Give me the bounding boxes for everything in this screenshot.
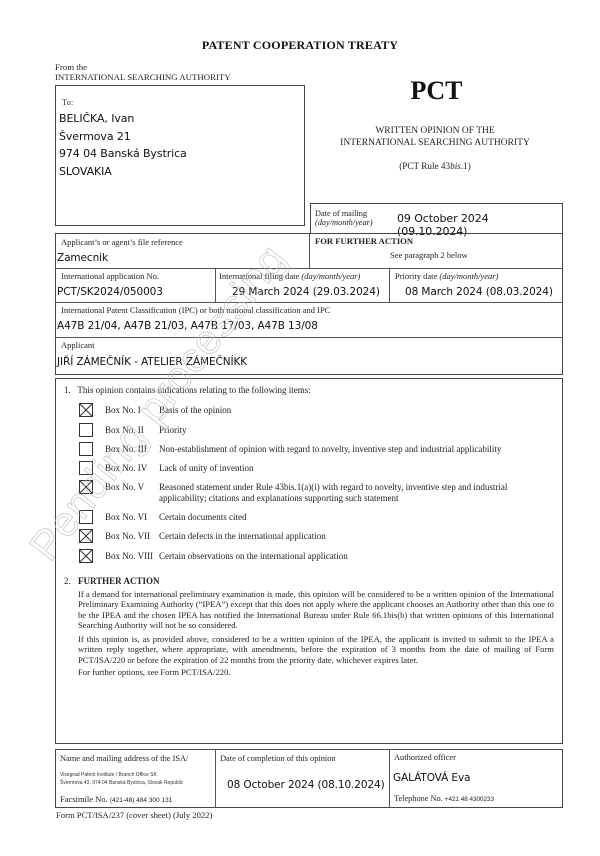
for-further-action-note: See paragraph 2 below <box>390 250 468 260</box>
further-action-paragraph-3: For further options, see Form PCT/ISA/22… <box>78 667 554 677</box>
addressee-street: Švermova 21 <box>59 128 187 146</box>
file-reference-label: Applicant’s or agent’s file reference <box>61 237 183 247</box>
applicant-value: JIŘÍ ZÁMEČNÍK - ATELIER ZÁMEČNÍKK <box>57 356 247 368</box>
box-description: Basis of the opinion <box>159 405 557 416</box>
filing-date-value: 29 March 2024 (29.03.2024) <box>232 286 380 298</box>
addressee-name: BELIČKA, Ivan <box>59 110 187 128</box>
mailing-date-label: Date of mailing (day/month/year) <box>315 209 373 227</box>
priority-label-text: Priority date <box>395 271 437 281</box>
priority-date-value: 08 March 2024 (08.03.2024) <box>405 286 553 298</box>
to-label: To: <box>62 97 73 107</box>
from-authority: From the INTERNATIONAL SEARCHING AUTHORI… <box>55 62 231 82</box>
checked-box-icon[interactable] <box>79 549 93 563</box>
applicant-label: Applicant <box>61 340 95 350</box>
doc-title-line-2: INTERNATIONAL SEARCHING AUTHORITY <box>300 137 570 149</box>
mailing-date-box: Date of mailing (day/month/year) 09 Octo… <box>310 203 563 234</box>
from-line-1: From the <box>55 62 231 72</box>
facsimile-value: (421-48) 484 300 131 <box>110 797 173 804</box>
addressee-address: BELIČKA, Ivan Švermova 21 974 04 Banská … <box>59 110 187 180</box>
box-number: Box No. I <box>105 405 141 415</box>
telephone: Telephone No. +421 48 4300233 <box>394 794 494 803</box>
divider <box>55 268 563 269</box>
checked-box-icon[interactable] <box>79 403 93 417</box>
box-description: Certain observations on the internationa… <box>159 551 557 562</box>
empty-checkbox-icon[interactable] <box>79 442 93 456</box>
written-opinion-title: WRITTEN OPINION OF THE INTERNATIONAL SEA… <box>300 125 570 149</box>
empty-checkbox-icon[interactable] <box>79 510 93 524</box>
addressee-country: SLOVAKIA <box>59 163 187 181</box>
box-number: Box No. VIII <box>105 551 153 561</box>
rule-suffix: .1) <box>461 161 471 171</box>
telephone-value: +421 48 4300233 <box>445 796 494 803</box>
box-number: Box No. V <box>105 482 144 492</box>
filing-date-label: International filing date (day/month/yea… <box>219 271 360 281</box>
divider <box>389 749 390 808</box>
empty-checkbox-icon[interactable] <box>79 461 93 475</box>
from-line-2: INTERNATIONAL SEARCHING AUTHORITY <box>55 72 231 82</box>
rule-prefix: (PCT Rule 43 <box>399 161 450 171</box>
file-reference-value: Zamecnik <box>57 252 108 264</box>
ipc-value: A47B 21/04, A47B 21/03, A47B 17/03, A47B… <box>57 320 318 332</box>
divider <box>215 268 216 302</box>
box-description: Reasoned statement under Rule 43bis.1(a)… <box>159 482 557 504</box>
checked-box-icon[interactable] <box>79 529 93 543</box>
further-action-paragraph-1: If a demand for international preliminar… <box>78 589 554 631</box>
filing-label-format: (day/month/year) <box>301 271 360 281</box>
pct-logo: PCT <box>310 76 563 106</box>
completion-date-value: 08 October 2024 (08.10.2024) <box>227 779 385 791</box>
box-number: Box No. IV <box>105 463 147 473</box>
facsimile: Facsimile No. (421-48) 484 300 131 <box>60 794 172 804</box>
box-description: Certain defects in the international app… <box>159 531 557 542</box>
divider <box>309 233 310 269</box>
authorized-officer-value: GALÁTOVÁ Eva <box>393 772 470 784</box>
facsimile-label: Facsimile No. <box>60 794 108 804</box>
section2-number: 2. <box>64 576 71 586</box>
box-number: Box No. VI <box>105 512 147 522</box>
application-no-label: International application No. <box>61 271 159 281</box>
authorized-officer-label: Authorized officer <box>394 753 456 762</box>
divider <box>215 749 216 808</box>
mailing-label-format: (day/month/year) <box>315 218 373 227</box>
box-number: Box No. III <box>105 444 147 454</box>
priority-label-format: (day/month/year) <box>439 271 498 281</box>
box-description: Priority <box>159 425 557 436</box>
isa-address-line-1: Visegrad Patent Institute / Branch Offic… <box>60 771 183 779</box>
box-description: Lack of unity of invention <box>159 463 557 474</box>
completion-date-label: Date of completion of this opinion <box>220 754 336 763</box>
section1-intro: 1. This opinion contains indications rel… <box>64 385 311 395</box>
box-description: Non-establishment of opinion with regard… <box>159 444 557 455</box>
addressee-city: 974 04 Banská Bystrica <box>59 145 187 163</box>
isa-address: Visegrad Patent Institute / Branch Offic… <box>60 771 183 787</box>
box-number: Box No. II <box>105 425 144 435</box>
checked-box-icon[interactable] <box>79 480 93 494</box>
section2-title: FURTHER ACTION <box>78 576 159 586</box>
addressee-box: To: BELIČKA, Ivan Švermova 21 974 04 Ban… <box>55 85 305 226</box>
telephone-label: Telephone No. <box>394 794 443 803</box>
mailing-label-text: Date of mailing <box>315 209 373 218</box>
priority-date-label: Priority date (day/month/year) <box>395 271 498 281</box>
application-no-value: PCT/SK2024/050003 <box>57 286 163 298</box>
ipc-label: International Patent Classification (IPC… <box>61 305 330 315</box>
isa-address-line-2: Švermova 43, 974 04 Banská Bystrica, Slo… <box>60 779 183 787</box>
box-number: Box No. VII <box>105 531 150 541</box>
form-identifier: Form PCT/ISA/237 (cover sheet) (July 202… <box>56 810 212 820</box>
divider <box>55 337 563 338</box>
rule-italic: bis <box>450 161 461 171</box>
rule-reference: (PCT Rule 43bis.1) <box>300 161 570 171</box>
for-further-action-title: FOR FURTHER ACTION <box>315 236 413 246</box>
further-action-paragraph-2: If this opinion is, as provided above, c… <box>78 634 554 665</box>
document-title: PATENT COOPERATION TREATY <box>0 38 600 53</box>
isa-address-label: Name and mailing address of the ISA/ <box>60 754 188 763</box>
doc-title-line-1: WRITTEN OPINION OF THE <box>300 125 570 137</box>
box-description: Certain documents cited <box>159 512 557 523</box>
divider <box>389 268 390 302</box>
divider <box>55 302 563 303</box>
empty-checkbox-icon[interactable] <box>79 423 93 437</box>
filing-label-text: International filing date <box>219 271 299 281</box>
